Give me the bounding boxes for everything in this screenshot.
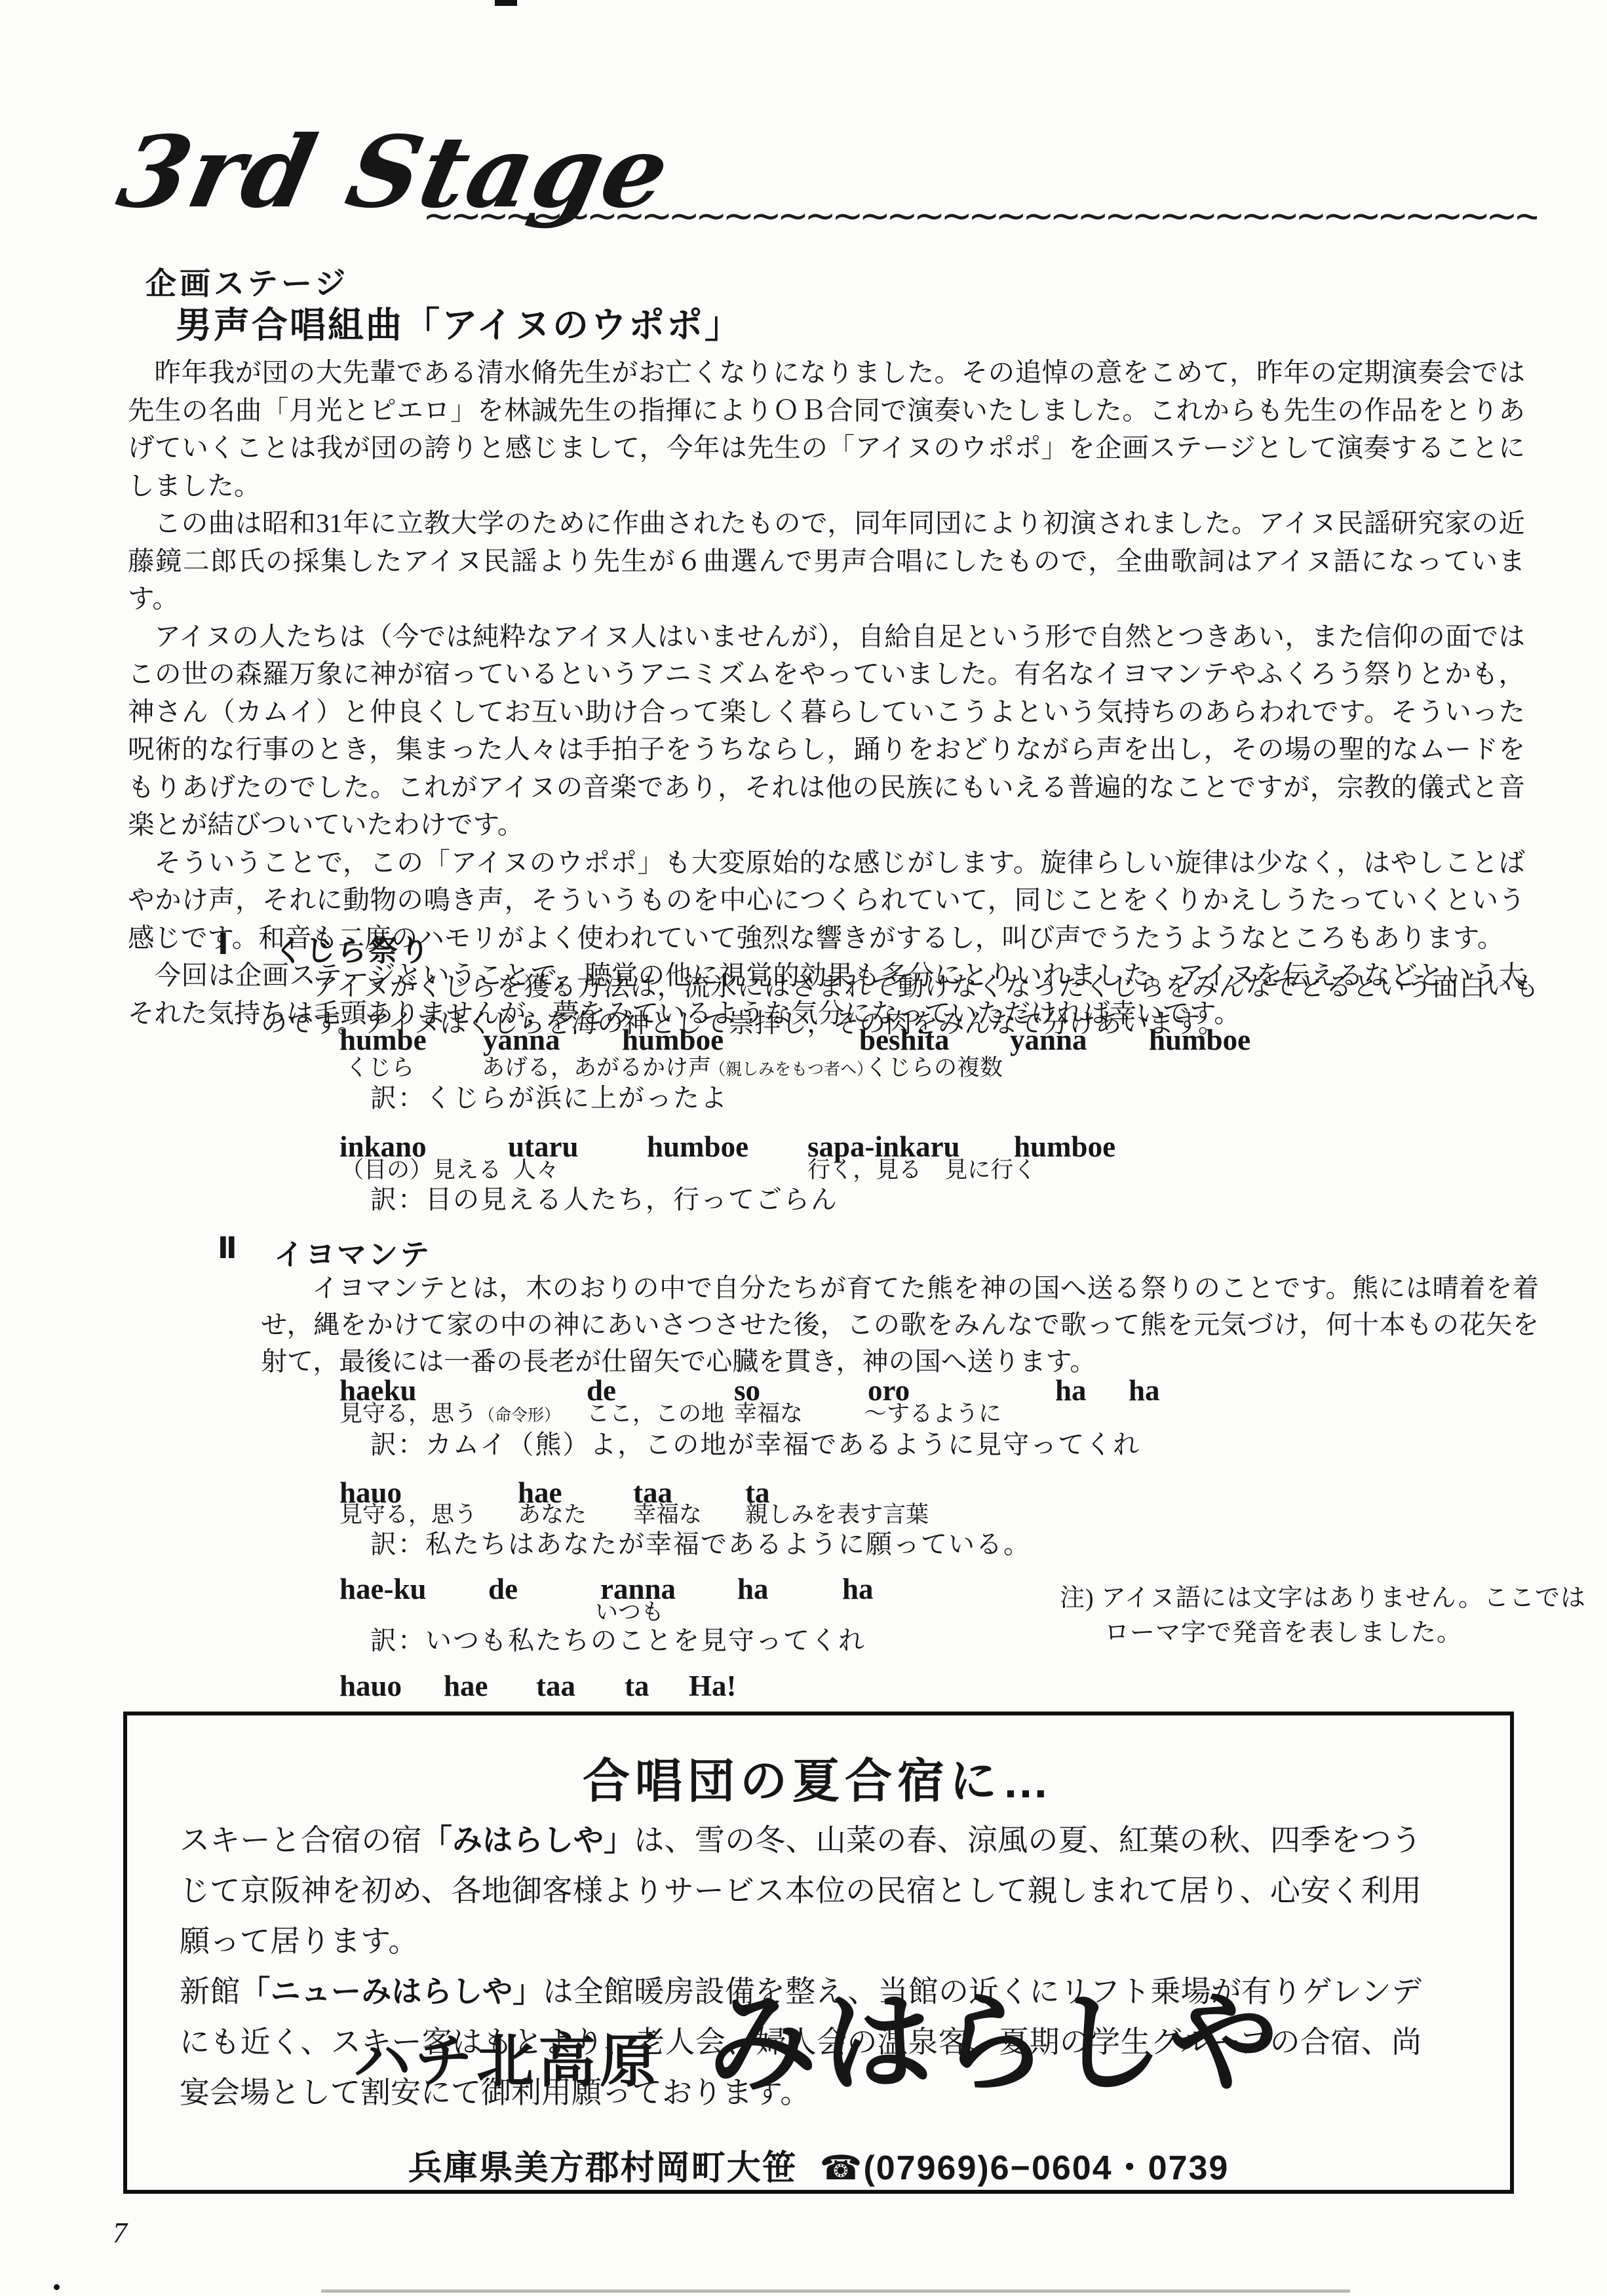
scan-artifact-bottom-edge (321, 2289, 1350, 2293)
lyric-gloss: 人々 (513, 1158, 559, 1181)
lyric-word: Ha! (689, 1672, 737, 1701)
lyric-translation: 訳：カムイ（熊）よ，この地が幸福であるように見守ってくれ (370, 1432, 1140, 1458)
lyric-word: beshita (859, 1025, 950, 1055)
lyric-gloss: 親しみを表す言葉 (745, 1503, 929, 1526)
lyric-translation: 訳：目の見える人たち，行ってごらん (370, 1187, 838, 1213)
scan-artifact-dot (54, 2284, 60, 2290)
lyric-gloss: 見守る，思う (339, 1402, 477, 1425)
lyric-gloss: いつも (595, 1601, 664, 1624)
intro-paragraph-3: アイヌの人たちは（今では純粋なアイヌ人はいませんが），自給自足という形で自然とつ… (128, 618, 1525, 844)
lyric-gloss-note: （親しみをもつ者へ） (709, 1056, 873, 1078)
ad-paragraph-1-pre: スキーと合宿の宿 (180, 1823, 422, 1857)
section-2-description: イヨマンテとは，木のおりの中で自分たちが育てた熊を神の国へ送る祭りのことです。熊… (261, 1270, 1539, 1380)
lyric-word: humboe (622, 1025, 724, 1055)
ad-title: 合唱団の夏合宿に… (127, 1743, 1510, 1811)
lyric-word: yanna (1010, 1025, 1087, 1055)
lyric-gloss: くじらの複数 (865, 1056, 1003, 1079)
lyric-word: hauo (339, 1672, 402, 1701)
ad-address: 兵庫県美方郡村岡町大笹 (408, 2149, 798, 2187)
ad-address-row: 兵庫県美方郡村岡町大笹☎(07969)6−0604・0739 (127, 2140, 1510, 2189)
section-1-title: くじら祭り (274, 927, 431, 969)
lyric-word: hae-ku (339, 1575, 427, 1604)
page-number: 7 (113, 2216, 127, 2249)
ad-phone: ☎(07969)6−0604・0739 (820, 2149, 1229, 2187)
lyric-gloss: くじら (345, 1056, 414, 1079)
lyric-translation: 訳：くじらが浜に上がったよ (370, 1085, 728, 1111)
lyric-gloss: あげる，あがるかけ声 (482, 1056, 711, 1079)
intro-paragraph-2: この曲は昭和31年に立教大学のために作曲されたもので，同年同団により初演されまし… (128, 505, 1525, 618)
lyric-translation: 訳：いつも私たちのことを見守ってくれ (370, 1628, 866, 1654)
section-2-numeral: Ⅱ (218, 1231, 239, 1265)
lyric-word: ha (842, 1575, 874, 1604)
ad-lodge-name-row: ハチ北高原 みはらしや (127, 1989, 1510, 2099)
lyric-word: humboe (647, 1132, 748, 1162)
lyric-gloss: 幸福な (633, 1503, 702, 1526)
ad-lodge-name-large: みはらしや (707, 1989, 1284, 2099)
lyric-word: hae (444, 1672, 488, 1701)
ad-paragraph-1: スキーと合宿の宿「みはらしや」は、雪の冬、山菜の春、涼風の夏、紅葉の秋、四季をつ… (180, 1815, 1422, 1966)
lyric-word: de (488, 1575, 518, 1604)
intro-paragraph-1: 昨年我が団の大先輩である清水脩先生がお亡くなりになりました。その追悼の意をこめて… (128, 354, 1525, 505)
lyric-word: ha (1129, 1376, 1160, 1406)
section-1-numeral: Ⅰ (218, 927, 231, 961)
lyric-word: yanna (483, 1025, 560, 1055)
decorative-squiggle-line: ~~~~~~~~~~~~~~~~~~~~~~~~~~~~~~~~~~~~~~~~… (423, 197, 1537, 235)
ad-area-name: ハチ北高原 (353, 2016, 661, 2098)
lyric-word: humbe (339, 1025, 427, 1055)
lyric-word: ha (1055, 1376, 1087, 1406)
scan-artifact-top (495, 0, 517, 6)
ad-lodge-name-emphasis: 「みはらしや」 (422, 1823, 634, 1857)
lyric-gloss-note: （命令形） (478, 1402, 560, 1424)
lyric-gloss: ここ，この地 (587, 1402, 724, 1425)
lyric-gloss: 幸福な (734, 1402, 803, 1425)
page-title: 男声合唱組曲「アイヌのウポポ」 (176, 296, 743, 348)
lyric-word: humboe (1149, 1025, 1250, 1055)
ainu-language-note-line-2: ローマ字で発音を表しました。 (1104, 1620, 1462, 1645)
section-2-title: イヨマンテ (274, 1231, 431, 1273)
lyric-word: ta (625, 1672, 649, 1701)
lyric-translation: 訳：私たちはあなたが幸福であるように願っている。 (370, 1531, 1031, 1558)
scanned-program-page: 3rd Stage ~~~~~~~~~~~~~~~~~~~~~~~~~~~~~~… (0, 0, 1607, 2296)
lyric-gloss: （目の）見える (341, 1158, 501, 1181)
lyric-gloss: ～するように (864, 1402, 1001, 1425)
lyric-gloss: 行く，見る 見に行く (807, 1158, 1036, 1181)
ainu-language-note-line-1: 注) アイヌ語には文字はありません。ここでは (1060, 1586, 1586, 1611)
lyric-word: taa (536, 1672, 575, 1701)
lyric-word: ha (737, 1575, 769, 1604)
advertisement-box: 合唱団の夏合宿に… スキーと合宿の宿「みはらしや」は、雪の冬、山菜の春、涼風の夏… (123, 1712, 1514, 2194)
lyric-gloss: あなた (518, 1503, 587, 1526)
lyric-gloss: 見守る，思う (339, 1503, 477, 1526)
